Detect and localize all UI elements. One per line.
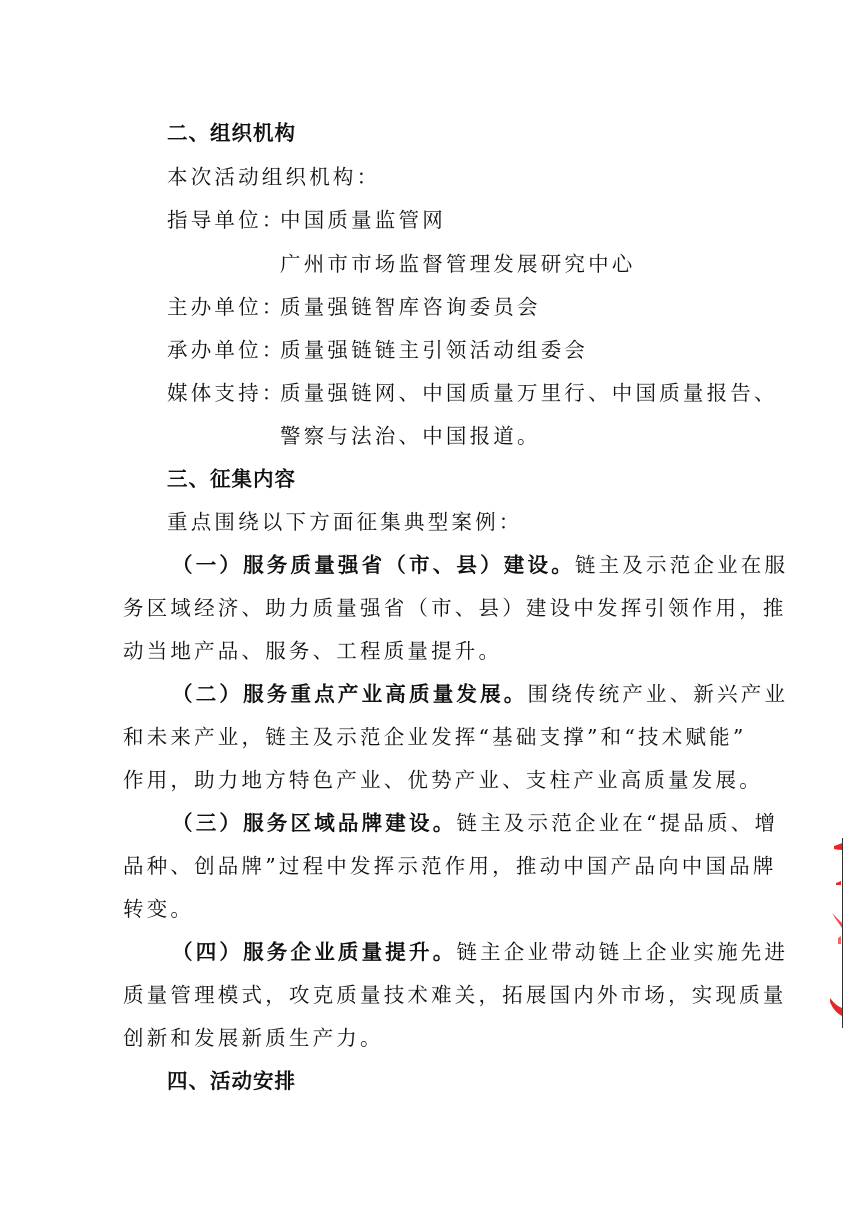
item-3-text: 链主及示范企业在“提品质、增 — [456, 811, 778, 835]
item-1-line-3: 动当地产品、服务、工程质量提升。 — [123, 639, 502, 663]
item-1-line-2: 务区域经济、助力质量强省（市、县）建设中发挥引领作用，推 — [123, 596, 787, 620]
media-support-label: 媒体支持： — [167, 381, 286, 405]
guiding-unit-value-1: 中国质量监管网 — [280, 208, 446, 232]
item-3-title: （三）服务区域品牌建设。 — [172, 811, 456, 835]
item-2-text: 围绕传统产业、新兴产业 — [528, 682, 789, 706]
section-heading-schedule: 四、活动安排 — [167, 1069, 296, 1093]
item-3-line-3: 转变。 — [123, 897, 194, 921]
section-heading-organization: 二、组织机构 — [167, 121, 296, 145]
item-4-line-2: 质量管理模式，攻克质量技术难关，拓展国内外市场，实现质量 — [123, 983, 787, 1007]
item-2-title: （二）服务重点产业高质量发展。 — [172, 682, 528, 706]
item-4-line-3: 创新和发展新质生产力。 — [123, 1026, 384, 1050]
item-2-line-3: 作用，助力地方特色产业、优势产业、支柱产业高质量发展。 — [123, 768, 763, 792]
organizer-unit-value: 质量强链链主引领活动组委会 — [280, 338, 588, 362]
media-support-value-2: 警察与法治、中国报道。 — [280, 424, 541, 448]
host-unit-label: 主办单位： — [167, 295, 286, 319]
item-2-line-1: （二）服务重点产业高质量发展。围绕传统产业、新兴产业 — [172, 682, 788, 706]
host-unit-value: 质量强链智库咨询委员会 — [280, 295, 541, 319]
item-1-title: （一）服务质量强省（市、县）建设。 — [172, 553, 575, 577]
item-4-text: 链主企业带动链上企业实施先进 — [456, 940, 788, 964]
content-intro: 重点围绕以下方面征集典型案例： — [167, 510, 523, 534]
guiding-unit-value-2: 广州市市场监督管理发展研究中心 — [280, 252, 636, 276]
organization-intro: 本次活动组织机构： — [167, 165, 380, 189]
item-1-line-1: （一）服务质量强省（市、县）建设。链主及示范企业在服 — [172, 553, 788, 577]
media-support-value-1: 质量强链网、中国质量万里行、中国质量报告、 — [280, 381, 778, 405]
item-3-line-1: （三）服务区域品牌建设。链主及示范企业在“提品质、增 — [172, 811, 778, 835]
item-3-line-2: 品种、创品牌”过程中发挥示范作用，推动中国产品向中国品牌 — [123, 854, 777, 878]
item-1-text: 链主及示范企业在服 — [575, 553, 788, 577]
guiding-unit-label: 指导单位： — [167, 208, 286, 232]
seal-stamp-icon — [830, 838, 860, 1028]
section-heading-content: 三、征集内容 — [167, 467, 296, 491]
item-4-line-1: （四）服务企业质量提升。链主企业带动链上企业实施先进 — [172, 940, 788, 964]
organizer-unit-label: 承办单位： — [167, 338, 286, 362]
item-4-title: （四）服务企业质量提升。 — [172, 940, 456, 964]
item-2-line-2: 和未来产业，链主及示范企业发挥“基础支撑”和“技术赋能” — [123, 725, 747, 749]
